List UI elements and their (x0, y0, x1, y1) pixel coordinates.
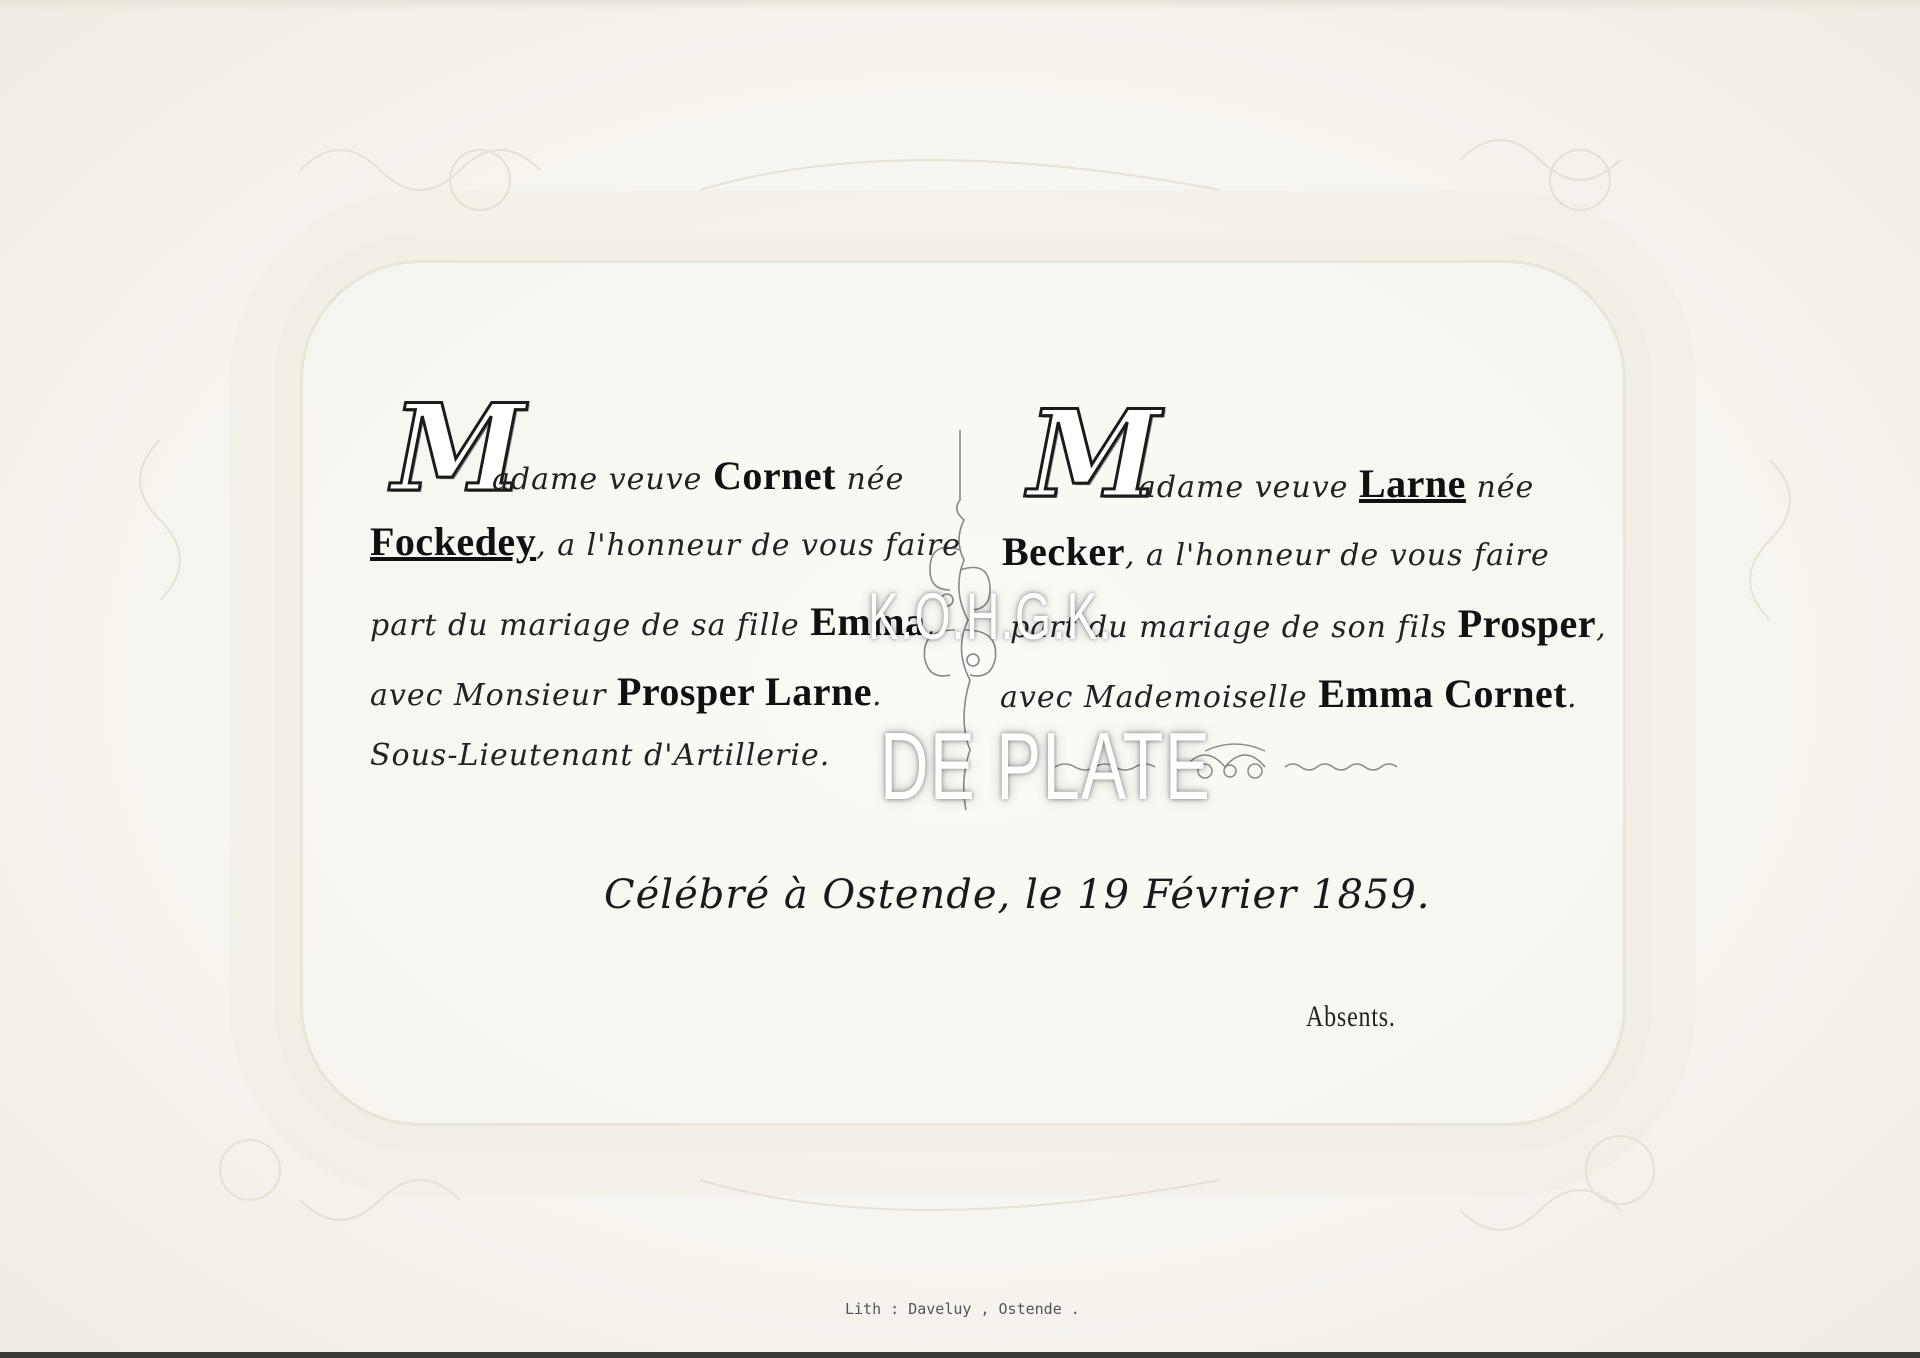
name-becker: Becker (1002, 529, 1125, 574)
name-cornet: Cornet (713, 453, 836, 498)
name-larne: Larne (1359, 461, 1466, 506)
left-line-5: Sous-Lieutenant d'Artillerie. (370, 738, 830, 773)
left-line-3: part du mariage de sa fille Emma, (370, 598, 936, 645)
name-prosper-larne: Prosper Larne (617, 669, 872, 714)
celebration-date-line: Célébré à Ostende, le 19 Février 1859. (604, 872, 1431, 918)
left-line-4: avec Monsieur Prosper Larne. (370, 668, 883, 715)
card-paper: M adame veuve Cornet née Fockedey, a l'h… (0, 0, 1920, 1358)
watermark-line-1: K.O.H.G.K. (868, 578, 1113, 654)
right-line-1: adame veuve Larne née (1138, 460, 1534, 507)
watermark-line-2: DE PLATE (880, 712, 1211, 822)
lithographer-imprint: Lith : Daveluy , Ostende . (845, 1300, 1080, 1318)
right-line-4: avec Mademoiselle Emma Cornet. (1000, 670, 1578, 717)
right-line-2: Becker, a l'honneur de vous faire (1002, 528, 1550, 575)
name-fockedey: Fockedey (370, 519, 536, 564)
absents-label: Absents. (1306, 1000, 1396, 1034)
name-prosper: Prosper (1458, 601, 1596, 646)
left-line-2: Fockedey, a l'honneur de vous faire (370, 518, 961, 565)
name-emma-cornet: Emma Cornet (1318, 671, 1567, 716)
left-line-1: adame veuve Cornet née (492, 452, 904, 499)
